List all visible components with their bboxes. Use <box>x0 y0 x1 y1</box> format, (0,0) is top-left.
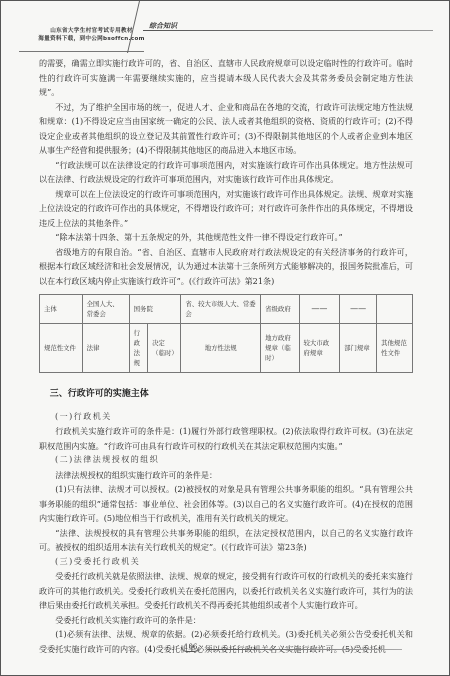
section-heading: 三、行政许可的实施主体 <box>39 387 413 402</box>
paragraph: (1)只有法律、法规才可以授权。(2)被授权的对象是具有管理公共事务职能的组织。… <box>39 482 413 526</box>
subsection-heading: (一)行政机关 <box>39 410 413 425</box>
table-cell: 部门规章 <box>340 324 377 373</box>
table-cell: 国务院 <box>129 295 181 324</box>
table-cell: 行政法规 <box>129 324 148 373</box>
table-cell: 省级政府 <box>261 295 299 324</box>
page-body: 的需要，确需立即实施行政许可的，省、自治区、直辖市人民政府规章可以设定临时性的行… <box>39 56 413 656</box>
table-cell: 其他规范性文件 <box>377 324 413 373</box>
table-cell: 较大市政府规章 <box>299 324 340 373</box>
paragraph: 规章可以在上位法设定的行政许可事项范围内，对实施该行政许可作出具体规定。法规、规… <box>39 187 413 231</box>
paragraph: 受委托行政机关就是依照法律、法规、规章的规定，接受拥有行政许可权的行政机关的委托… <box>39 569 413 613</box>
table-row-subject: 主体 全国人大、常委会 国务院 省、较大市级人大、常委会 省级政府 —— —— <box>40 295 413 324</box>
table-cell-label: 主体 <box>40 295 83 324</box>
table-cell-label: 规范性文件 <box>40 324 83 373</box>
table-cell: 省、较大市级人大、常委会 <box>181 295 261 324</box>
table-cell: 决定（临时） <box>148 324 181 373</box>
table-cell: 全国人大、常委会 <box>82 295 129 324</box>
legislation-table: 主体 全国人大、常委会 国务院 省、较大市级人大、常委会 省级政府 —— —— … <box>39 294 413 373</box>
paragraph: “法律、法规授权的具有管理公共事务职能的组织，在法定授权范围内，以自己的名义实施… <box>39 526 413 555</box>
table-cell: 法律 <box>82 324 129 373</box>
paragraph: “行政法规可以在法律设定的行政许可事项范围内，对实施该行政许可作出具体规定。地方… <box>39 158 413 187</box>
table-row-documents: 规范性文件 法律 行政法规 决定（临时） 地方性法规 地方政府规章（临时） 较大… <box>40 324 413 373</box>
dash-mark: —— <box>344 304 372 314</box>
header-rule <box>143 30 433 31</box>
paragraph: 省级地方的有限自治。“省、自治区、直辖市人民政府对行政法规设定的有关经济事务的行… <box>39 245 413 289</box>
table-cell: —— <box>340 295 377 324</box>
paragraph: 的需要，确需立即实施行政许可的，省、自治区、直辖市人民政府规章可以设定临时性的行… <box>39 56 413 100</box>
page-footer: 106 <box>181 643 411 659</box>
table-cell: 地方政府规章（临时） <box>261 324 299 373</box>
header-logo-box: 山东省大学生村官考试专用教材 海量资料下载，到中公网bsoffcn.com <box>19 1 144 52</box>
paragraph: 不过，为了维护全国市场的统一，促进人才、企业和商品在各地的交流，行政许可法规定地… <box>39 100 413 158</box>
paragraph: 法律法规授权的组织实施行政许可的条件是： <box>39 468 413 483</box>
footer-rule <box>207 649 402 650</box>
document-page: 山东省大学生村官考试专用教材 海量资料下载，到中公网bsoffcn.com 综合… <box>0 0 450 676</box>
table-cell: —— <box>299 295 340 324</box>
table-cell: 地方性法规 <box>181 324 261 373</box>
logo-text-line2: 海量资料下载，到中公网bsoffcn.com <box>29 34 154 42</box>
logo-text-line1: 山东省大学生村官考试专用教材 <box>29 26 154 34</box>
paragraph: 行政机关实施行政许可的条件是：(1)履行外部行政管理职权。(2)依法取得行政许可… <box>39 424 413 453</box>
subsection-heading: (二)法律法规授权的组织 <box>39 453 413 468</box>
subsection-heading: (三)受委托行政机关 <box>39 555 413 570</box>
paragraph: 受委托行政机关实施行政许可的条件是： <box>39 613 413 628</box>
dash-mark: —— <box>304 304 336 314</box>
page-number: 106 <box>181 643 200 652</box>
table-cell-empty <box>377 295 413 324</box>
paragraph: “除本法第十四条、第十五条规定的外，其他规范性文件一律不得设定行政许可。” <box>39 230 413 245</box>
